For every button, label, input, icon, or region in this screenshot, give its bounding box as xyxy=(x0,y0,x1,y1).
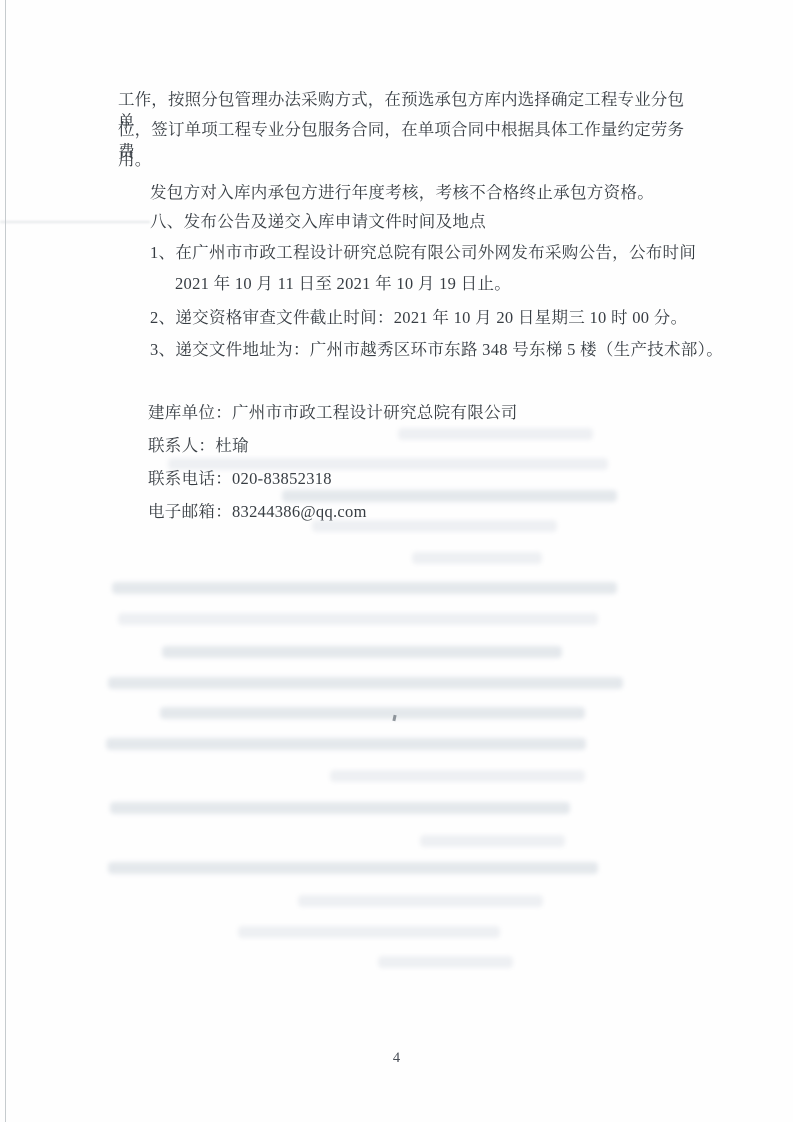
bleed-through-artifact xyxy=(330,770,585,782)
body-paragraph-line: 位，签订单项工程专业分包服务合同，在单项合同中根据具体工作量约定劳务费 xyxy=(118,119,684,163)
contact-unit-label: 建库单位： xyxy=(148,403,232,422)
bleed-through-artifact xyxy=(298,895,543,907)
scan-speck-artifact xyxy=(392,715,396,721)
contact-phone-label: 联系电话： xyxy=(148,469,232,488)
list-item-3: 3、递交文件地址为：广州市越秀区环市东路 348 号东梯 5 楼（生产技术部）。 xyxy=(150,339,723,361)
bleed-through-artifact xyxy=(378,956,513,968)
bleed-through-artifact xyxy=(238,926,500,938)
contact-person-label: 联系人： xyxy=(148,436,215,455)
body-paragraph-line: 用。 xyxy=(118,149,152,171)
scan-edge-artifact xyxy=(5,0,6,1122)
list-item-1-line-2: 2021 年 10 月 11 日至 2021 年 10 月 19 日止。 xyxy=(175,273,511,295)
list-item-2: 2、递交资格审查文件截止时间：2021 年 10 月 20 日星期三 10 时 … xyxy=(150,307,687,329)
contact-person-value: 杜瑜 xyxy=(215,436,249,455)
bleed-through-artifact xyxy=(412,552,542,564)
contact-person-line: 联系人：杜瑜 xyxy=(148,435,249,457)
bleed-through-artifact xyxy=(160,707,585,719)
bleed-through-artifact xyxy=(110,802,570,814)
contact-phone-value: 020-83852318 xyxy=(232,469,332,488)
contact-unit-value: 广州市市政工程设计研究总院有限公司 xyxy=(232,403,518,422)
list-item-1-line-1: 1、在广州市市政工程设计研究总院有限公司外网发布采购公告，公布时间 xyxy=(150,242,696,264)
bleed-through-artifact xyxy=(118,613,598,625)
bleed-through-artifact xyxy=(112,582,617,594)
page-number: 4 xyxy=(0,1050,793,1067)
scan-smear-artifact xyxy=(0,221,150,223)
bleed-through-artifact xyxy=(108,677,623,689)
contact-phone-line: 联系电话：020-83852318 xyxy=(148,468,332,490)
contact-email-line: 电子邮箱：83244386@qq.com xyxy=(148,501,367,523)
bleed-through-artifact xyxy=(398,428,593,440)
bleed-through-artifact xyxy=(162,646,562,658)
contact-email-label: 电子邮箱： xyxy=(148,502,232,521)
contact-email-value: 83244386@qq.com xyxy=(232,502,367,521)
section-heading: 八、发布公告及递交入库申请文件时间及地点 xyxy=(150,211,486,233)
assessment-line: 发包方对入库内承包方进行年度考核，考核不合格终止承包方资格。 xyxy=(150,182,654,204)
bleed-through-artifact xyxy=(106,738,586,750)
contact-unit-line: 建库单位：广州市市政工程设计研究总院有限公司 xyxy=(148,402,518,424)
bleed-through-artifact xyxy=(108,862,598,874)
scanned-document-page: 工作，按照分包管理办法采购方式，在预选承包方库内选择确定工程专业分包单 位，签订… xyxy=(0,0,793,1122)
bleed-through-artifact xyxy=(420,835,565,847)
